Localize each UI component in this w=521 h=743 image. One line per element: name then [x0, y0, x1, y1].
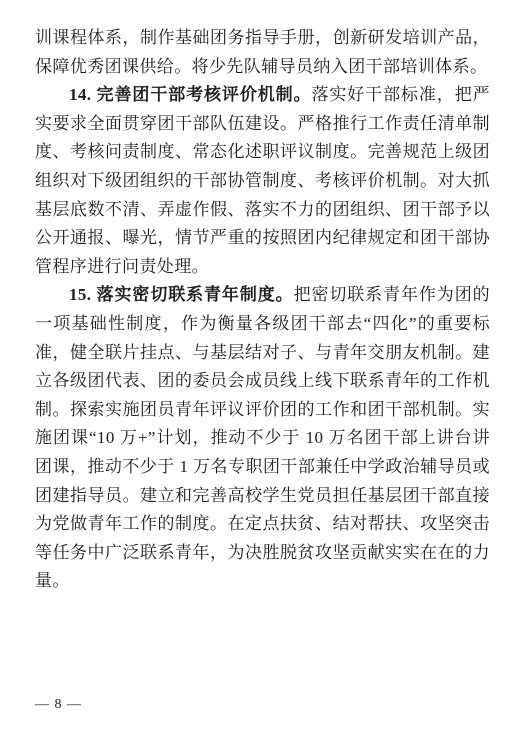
page-number: — 8 —: [35, 697, 82, 713]
paragraph-text: 落实好干部标准，把严实要求全面贯穿团干部队伍建设。严格推行工作责任清单制度、考核…: [35, 85, 490, 276]
paragraph-item-15: 15. 落实密切联系青年制度。把密切联系青年作为团的一项基础性制度，作为衡量各级…: [35, 281, 490, 596]
paragraph-text: 训课程体系，制作基础团务指导手册，创新研发培训产品，保障优秀团课供给。将少先队辅…: [35, 28, 490, 76]
page-number-text: — 8 —: [35, 697, 82, 712]
document-page: 训课程体系，制作基础团务指导手册，创新研发培训产品，保障优秀团课供给。将少先队辅…: [0, 0, 521, 743]
paragraph-continuation: 训课程体系，制作基础团务指导手册，创新研发培训产品，保障优秀团课供给。将少先队辅…: [35, 24, 490, 81]
paragraph-item-14: 14. 完善团干部考核评价机制。落实好干部标准，把严实要求全面贯穿团干部队伍建设…: [35, 81, 490, 281]
paragraph-lead: 15. 落实密切联系青年制度。: [69, 285, 294, 304]
paragraph-text: 把密切联系青年作为团的一项基础性制度，作为衡量各级团干部去“四化”的重要标准，健…: [35, 285, 490, 590]
document-body: 训课程体系，制作基础团务指导手册，创新研发培训产品，保障优秀团课供给。将少先队辅…: [35, 24, 490, 596]
paragraph-lead: 14. 完善团干部考核评价机制。: [69, 85, 311, 104]
